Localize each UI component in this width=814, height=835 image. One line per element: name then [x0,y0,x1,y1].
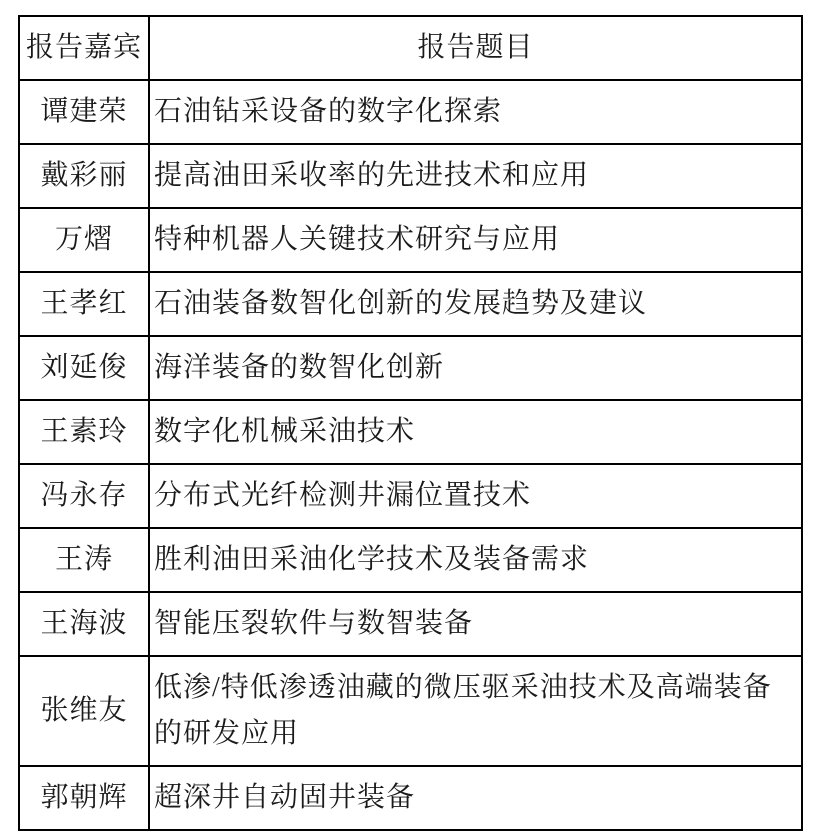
table-row: 万熠特种机器人关键技术研究与应用 [19,208,802,272]
guest-name-cell: 王涛 [19,528,149,592]
guest-name-cell: 刘延俊 [19,336,149,400]
table-row: 刘延俊海洋装备的数智化创新 [19,336,802,400]
guest-name-cell: 王海波 [19,592,149,656]
table-row: 王涛胜利油田采油化学技术及装备需求 [19,528,802,592]
header-cell-title: 报告题目 [149,16,802,80]
report-title-cell: 数字化机械采油技术 [149,400,802,464]
report-schedule-table: 报告嘉宾 报告题目 谭建荣石油钻采设备的数字化探索戴彩丽提高油田采收率的先进技术… [18,15,803,831]
report-title-cell: 海洋装备的数智化创新 [149,336,802,400]
table-row: 王海波智能压裂软件与数智装备 [19,592,802,656]
table-row: 冯永存分布式光纤检测井漏位置技术 [19,464,802,528]
report-title-cell: 智能压裂软件与数智装备 [149,592,802,656]
report-title-cell: 分布式光纤检测井漏位置技术 [149,464,802,528]
table-row: 王素玲数字化机械采油技术 [19,400,802,464]
guest-name-cell: 王素玲 [19,400,149,464]
table-body: 谭建荣石油钻采设备的数字化探索戴彩丽提高油田采收率的先进技术和应用万熠特种机器人… [19,80,802,830]
table-header-row: 报告嘉宾 报告题目 [19,16,802,80]
guest-name-cell: 谭建荣 [19,80,149,144]
table-row: 郭朝辉超深井自动固井装备 [19,766,802,830]
guest-name-cell: 冯永存 [19,464,149,528]
table-row: 戴彩丽提高油田采收率的先进技术和应用 [19,144,802,208]
report-title-cell: 石油装备数智化创新的发展趋势及建议 [149,272,802,336]
guest-name-cell: 郭朝辉 [19,766,149,830]
guest-name-cell: 万熠 [19,208,149,272]
table-row: 张维友低渗/特低渗透油藏的微压驱采油技术及高端装备的研发应用 [19,656,802,766]
guest-name-cell: 王孝红 [19,272,149,336]
header-cell-guest: 报告嘉宾 [19,16,149,80]
guest-name-cell: 张维友 [19,656,149,766]
report-title-cell: 特种机器人关键技术研究与应用 [149,208,802,272]
report-title-cell: 超深井自动固井装备 [149,766,802,830]
table-row: 王孝红石油装备数智化创新的发展趋势及建议 [19,272,802,336]
report-title-cell: 石油钻采设备的数字化探索 [149,80,802,144]
report-title-cell: 低渗/特低渗透油藏的微压驱采油技术及高端装备的研发应用 [149,656,802,766]
report-title-cell: 提高油田采收率的先进技术和应用 [149,144,802,208]
report-title-cell: 胜利油田采油化学技术及装备需求 [149,528,802,592]
table-row: 谭建荣石油钻采设备的数字化探索 [19,80,802,144]
guest-name-cell: 戴彩丽 [19,144,149,208]
